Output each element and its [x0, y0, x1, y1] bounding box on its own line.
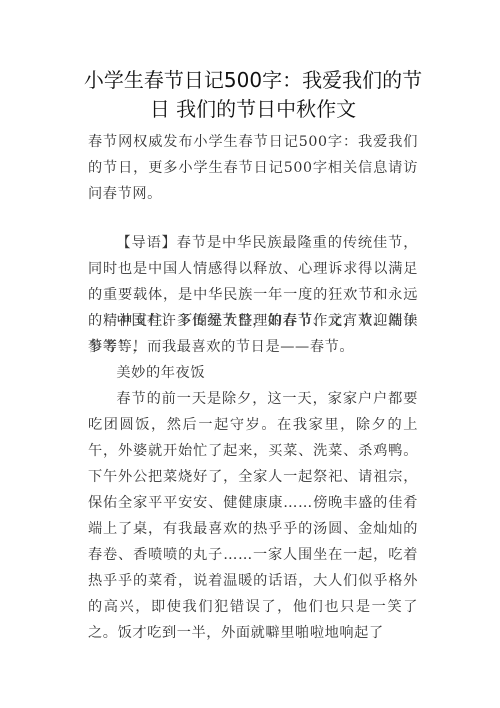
body-paragraph-new-year-dinner: 春节的前一天是除夕，这一天，家家户户都要吃团圆饭，然后一起守岁。在我家里，除夕的… — [88, 386, 418, 646]
section-subheading: 美妙的年夜饭 — [88, 360, 418, 386]
document-title: 小学生春节日记500字：我爱我们的节日 我们的节日中秋作文 — [78, 66, 428, 124]
intro-paragraph: 春节网权威发布小学生春节日记500字：我爱我们的节日，更多小学生春节日记500字… — [88, 129, 418, 207]
body-paragraph-favorite-festival: 中国有许多传统节日，如春节、元宵节、端午节等等，而我最喜欢的节日是——春节。 — [88, 308, 418, 360]
document-page: 小学生春节日记500字：我爱我们的节日 我们的节日中秋作文 春节网权威发布小学生… — [0, 0, 500, 708]
